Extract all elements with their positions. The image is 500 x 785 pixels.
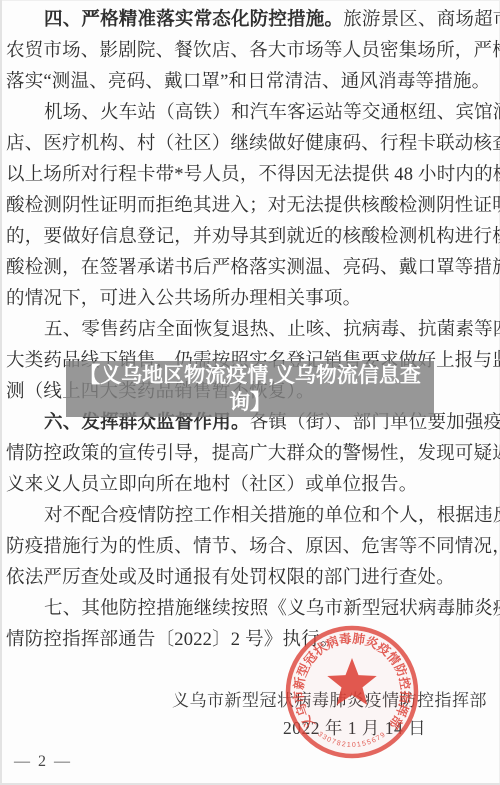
text-line: 对不配合疫情防控工作相关措施的单位和个人，根据违反 — [6, 501, 496, 532]
watermark-overlay: 【义乌地区物流疫情,义乌物流信息查询】 — [66, 361, 434, 417]
line-text: 农贸市场、影剧院、餐饮店、各大市场等人员密集场所，严格 — [6, 41, 500, 61]
text-line: 落实“测温、亮码、戴口罩”和日常清洁、通风消毒等措施。 — [6, 67, 496, 98]
line-text: 对不配合疫情防控工作相关措施的单位和个人，根据违反 — [44, 506, 500, 526]
text-line: 四、严格精准落实常态化防控措施。旅游景区、商场超市、 — [6, 5, 496, 36]
text-line: 机场、火车站（高铁）和汽车客运站等交通枢纽、宾馆酒 — [6, 98, 496, 129]
text-line: 的，要做好信息登记，并劝导其到就近的核酸检测机构进行核 — [6, 222, 496, 253]
line-text: 落实“测温、亮码、戴口罩”和日常清洁、通风消毒等措施。 — [6, 72, 490, 92]
text-line: 依法严厉查处或及时通报有处罚权限的部门进行查处。 — [6, 563, 496, 594]
text-line: 的情况下，可进入公共场所办理相关事项。 — [6, 284, 496, 315]
section-heading: 四、严格精准落实常态化防控措施。 — [44, 10, 343, 30]
line-text: 店、医疗机构、村（社区）继续做好健康码、行程卡联动核查， — [6, 134, 500, 154]
text-line: 情防控指挥部通告〔2022〕2 号》执行。 — [6, 625, 496, 656]
text-line: 情防控政策的宣传引导，提高广大群众的警惕性，发现可疑返 — [6, 439, 496, 470]
line-text: 机场、火车站（高铁）和汽车客运站等交通枢纽、宾馆酒 — [44, 103, 500, 123]
text-line: 酸检测阴性证明而拒绝其进入；对无法提供核酸检测阴性证明 — [6, 191, 496, 222]
watermark-text: 【义乌地区物流疫情,义乌物流信息查询】 — [74, 362, 426, 416]
text-line: 酸检测，在签署承诺书后严格落实测温、亮码、戴口罩等措施 — [6, 253, 496, 284]
line-text: 以上场所对行程卡带*号人员，不得因无法提供 48 小时内的核 — [6, 165, 500, 185]
text-line: 店、医疗机构、村（社区）继续做好健康码、行程卡联动核查， — [6, 129, 496, 160]
line-text: 酸检测阴性证明而拒绝其进入；对无法提供核酸检测阴性证明 — [6, 196, 500, 216]
document-date: 2022 年 1 月 14 日 — [283, 715, 426, 740]
text-line: 义来义人员立即向所在地村（社区）或单位报告。 — [6, 470, 496, 501]
text-line: 以上场所对行程卡带*号人员，不得因无法提供 48 小时内的核 — [6, 160, 496, 191]
line-text: 的情况下，可进入公共场所办理相关事项。 — [6, 289, 361, 309]
line-text: 酸检测，在签署承诺书后严格落实测温、亮码、戴口罩等措施 — [6, 258, 500, 278]
line-text: 七、其他防控措施继续按照《义乌市新型冠状病毒肺炎疫 — [44, 599, 500, 619]
signature-line: 义乌市新型冠状病毒肺炎疫情防控指挥部 — [172, 686, 487, 711]
page-number: — 2 — — [14, 753, 72, 771]
line-text: 依法严厉查处或及时通报有处罚权限的部门进行查处。 — [6, 568, 455, 588]
document-page: 四、严格精准落实常态化防控措施。旅游景区、商场超市、农贸市场、影剧院、餐饮店、各… — [0, 0, 500, 785]
document-body: 四、严格精准落实常态化防控措施。旅游景区、商场超市、农贸市场、影剧院、餐饮店、各… — [6, 5, 496, 656]
line-text: 情防控政策的宣传引导，提高广大群众的警惕性，发现可疑返 — [6, 444, 500, 464]
text-line: 防疫措施行为的性质、情节、场合、原因、危害等不同情况， — [6, 532, 496, 563]
text-line: 农贸市场、影剧院、餐饮店、各大市场等人员密集场所，严格 — [6, 36, 496, 67]
line-text: 五、零售药店全面恢复退热、止咳、抗病毒、抗菌素等四 — [44, 320, 500, 340]
text-line: 五、零售药店全面恢复退热、止咳、抗病毒、抗菌素等四 — [6, 315, 496, 346]
line-text: 防疫措施行为的性质、情节、场合、原因、危害等不同情况， — [6, 537, 500, 557]
line-text: 的，要做好信息登记，并劝导其到就近的核酸检测机构进行核 — [6, 227, 500, 247]
line-text: 情防控指挥部通告〔2022〕2 号》执行。 — [6, 630, 339, 650]
line-text: 义来义人员立即向所在地村（社区）或单位报告。 — [6, 475, 417, 495]
line-text: 旅游景区、商场超市、 — [343, 10, 500, 30]
text-line: 七、其他防控措施继续按照《义乌市新型冠状病毒肺炎疫 — [6, 594, 496, 625]
